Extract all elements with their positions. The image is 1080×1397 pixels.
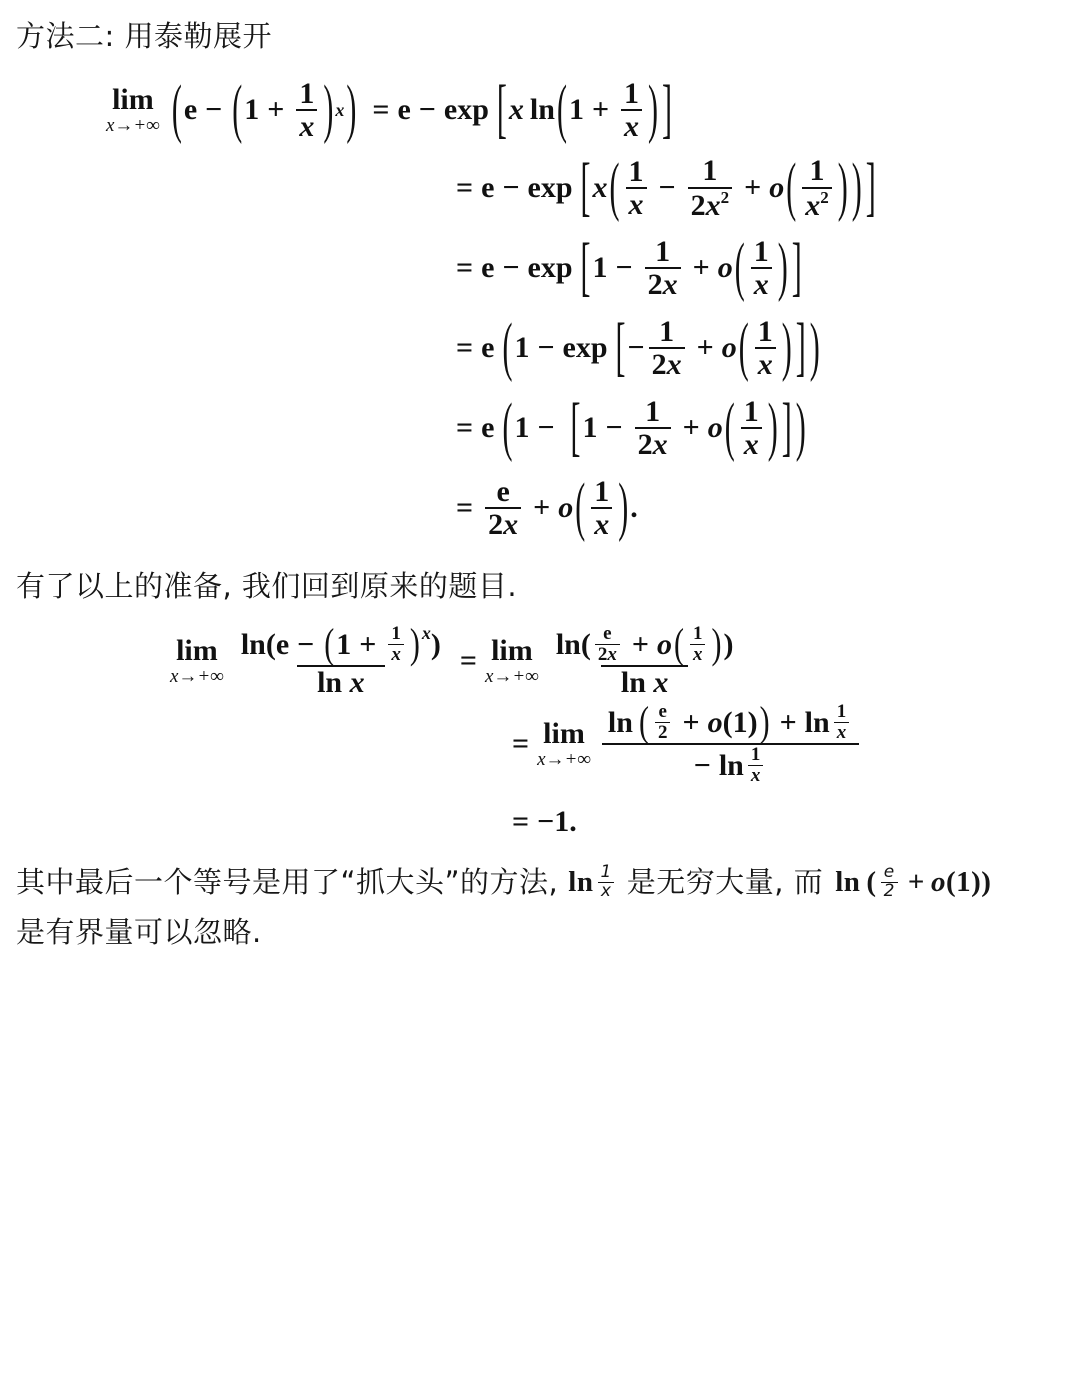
- taylor-line-2: =e−exp [x ( 1x− 12x2 +o ( 1x2 ))]: [448, 148, 878, 228]
- main-limit-line-2: = limx→+∞ ln(e2+o(1))+ln1x −ln1x: [504, 704, 860, 784]
- taylor-line-6: = e2x +o (1x) .: [448, 468, 638, 548]
- taylor-line-5: =e (1− [1− 12x +o (1x) ]): [448, 388, 808, 468]
- explanation-line-2: 是有界量可以忽略.: [16, 914, 262, 950]
- main-limit-line-3: =−1.: [504, 800, 577, 844]
- transition-text: 有了以上的准备, 我们回到原来的题目.: [16, 568, 517, 604]
- explanation-line-1: 其中最后一个等号是用了“抓大头”的方法, ln 1x 是无穷大量, 而 ln (…: [16, 864, 991, 901]
- limit-operator: limx→+∞: [106, 84, 160, 136]
- main-limit-line-1: limx→+∞ ln(e−(1+1x)x) ln x = limx→+∞ ln(…: [170, 622, 740, 700]
- taylor-line-1: limx→+∞ (e− (1+ 1x )x) =e−exp [xln (1+ 1…: [106, 70, 674, 150]
- section-heading: 方法二: 用泰勒展开: [16, 18, 272, 54]
- taylor-line-4: =e (1−exp [− 12x +o (1x) ]): [448, 308, 822, 388]
- taylor-line-3: =e−exp [1− 12x +o (1x) ]: [448, 228, 804, 308]
